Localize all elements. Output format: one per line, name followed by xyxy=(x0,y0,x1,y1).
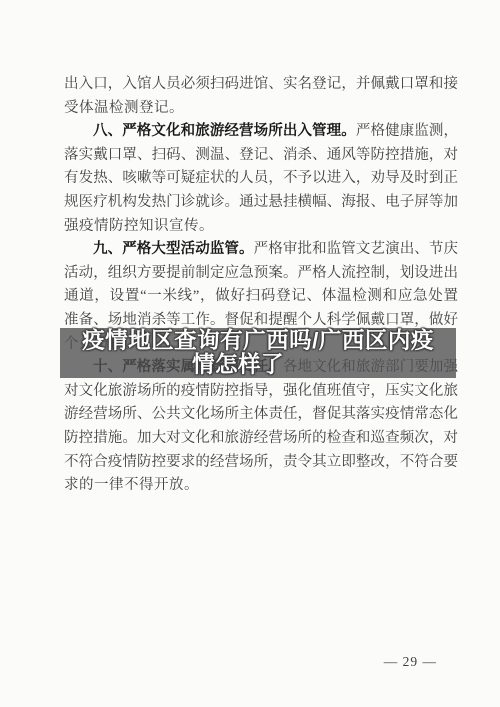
text-line: 九、严格大型活动监管。严格审批和监管文艺演出、节庆 xyxy=(64,238,458,262)
caption-text: 疫情地区查询有广西吗/广西区内疫 情怎样了 xyxy=(60,329,456,377)
text-line: 不符合疫情防控要求的经营场所，责令其立即整改，不符合要 xyxy=(64,451,458,475)
text-line: 八、严格文化和旅游经营场所出入管理。严格健康监测， xyxy=(64,120,458,144)
text-segment: 求的一律不得开放。 xyxy=(64,477,199,493)
text-line: 通道，设置“一米线”，做好扫码登记、体温检测和应急处置 xyxy=(64,285,458,309)
text-line: 对文化旅游场所的疫情防控指导，强化值班值守，压实文化旅 xyxy=(64,380,458,404)
text-segment: 通道，设置“一米线”，做好扫码登记、体温检测和应急处置 xyxy=(64,288,458,304)
text-segment: 活动，组织方要提前制定应急预案。严格人流控制，划设进出 xyxy=(64,265,458,281)
heading-segment: 八、严格文化和旅游经营场所出入管理。 xyxy=(93,123,356,139)
text-segment: 强疫情防控知识宣传。 xyxy=(64,218,214,234)
text-segment: 有发热、咳嗽等可疑症状的人员，不予以进入，劝导及时到正 xyxy=(64,170,458,186)
text-line: 规医疗机构发热门诊就诊。通过悬挂横幅、海报、电子屏等加 xyxy=(64,191,458,215)
text-segment: 受体温检测登记。 xyxy=(64,100,184,116)
caption-overlay-banner: 疫情地区查询有广西吗/广西区内疫 情怎样了 xyxy=(60,328,456,378)
text-line: 防控措施。加大对文化和旅游经营场所的检查和巡查频次，对 xyxy=(64,427,458,451)
text-segment: 严格审批和监管文艺演出、节庆 xyxy=(254,241,458,257)
text-segment: 对文化旅游场所的疫情防控指导，强化值班值守，压实文化旅 xyxy=(64,383,458,399)
text-line: 受体温检测登记。 xyxy=(64,97,458,121)
text-segment: 防控措施。加大对文化和旅游经营场所的检查和巡查频次，对 xyxy=(64,430,458,446)
scanned-document-page: 出入口，入馆人员必须扫码进馆、实名登记，并佩戴口罩和接受体温检测登记。八、严格文… xyxy=(0,0,500,707)
text-segment: 严格健康监测， xyxy=(356,123,458,139)
heading-segment: 九、严格大型活动监管。 xyxy=(93,241,254,257)
document-body: 出入口，入馆人员必须扫码进馆、实名登记，并佩戴口罩和接受体温检测登记。八、严格文… xyxy=(64,73,458,498)
text-line: 游经营场所、公共文化场所主体责任，督促其落实疫情常态化 xyxy=(64,403,458,427)
text-segment: 规医疗机构发热门诊就诊。通过悬挂横幅、海报、电子屏等加 xyxy=(64,194,458,210)
text-segment: 游经营场所、公共文化场所主体责任，督促其落实疫情常态化 xyxy=(64,406,458,422)
text-line: 有发热、咳嗽等可疑症状的人员，不予以进入，劝导及时到正 xyxy=(64,167,458,191)
text-line: 求的一律不得开放。 xyxy=(64,474,458,498)
text-line: 活动，组织方要提前制定应急预案。严格人流控制，划设进出 xyxy=(64,262,458,286)
text-line: 出入口，入馆人员必须扫码进馆、实名登记，并佩戴口罩和接 xyxy=(64,73,458,97)
text-segment: 出入口，入馆人员必须扫码进馆、实名登记，并佩戴口罩和接 xyxy=(64,76,458,92)
text-segment: 落实戴口罩、扫码、测温、登记、消杀、通风等防控措施，对 xyxy=(64,147,458,163)
text-segment: 不符合疫情防控要求的经营场所，责令其立即整改，不符合要 xyxy=(64,454,458,470)
text-line: 落实戴口罩、扫码、测温、登记、消杀、通风等防控措施，对 xyxy=(64,144,458,168)
caption-line-1: 疫情地区查询有广西吗/广西区内疫 xyxy=(60,329,456,353)
page-number: — 29 — xyxy=(384,653,437,671)
text-segment: 准备、场地消杀等工作。督促和提醒个人科学佩戴口罩，做好 xyxy=(64,312,458,328)
caption-line-2: 情怎样了 xyxy=(40,353,436,377)
text-line: 强疫情防控知识宣传。 xyxy=(64,215,458,239)
